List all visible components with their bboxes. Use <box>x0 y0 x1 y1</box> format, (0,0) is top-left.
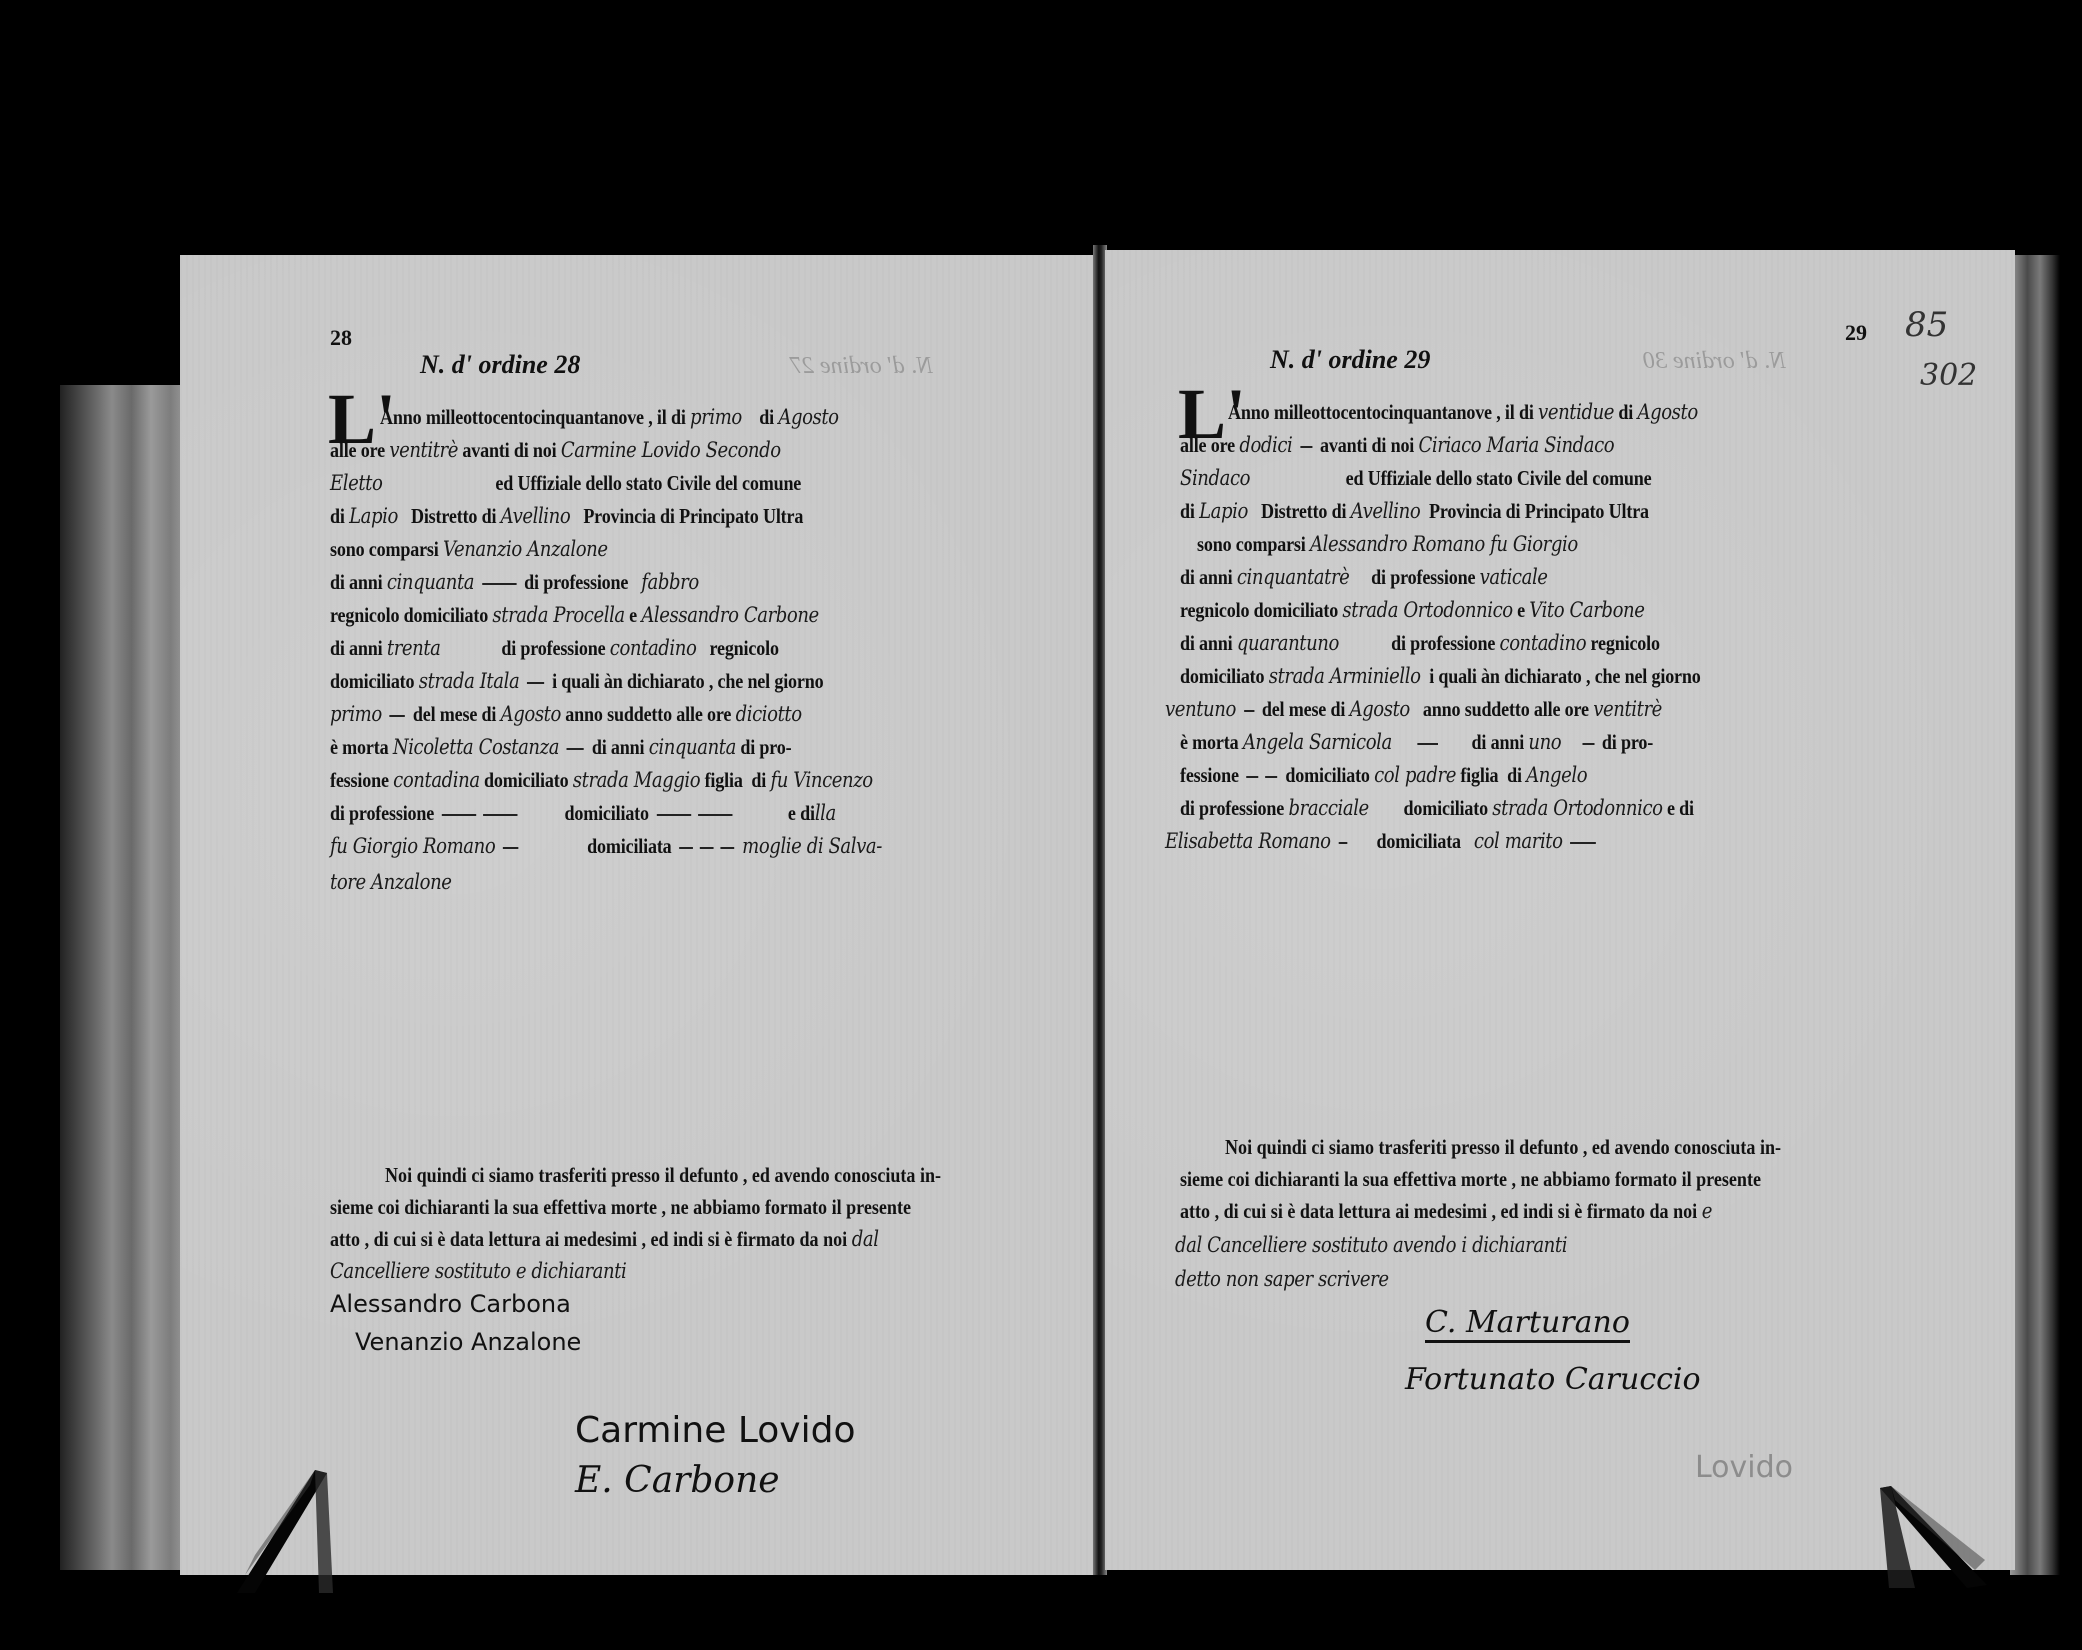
signature-chancellor-carbone: E. Carbone <box>575 1460 780 1501</box>
closing-line-1: Noi quindi ci siamo trasferiti presso il… <box>385 1163 941 1188</box>
closing-line-3: atto , di cui si è data lettura ai medes… <box>1180 1199 1712 1224</box>
record-line-1: Anno milleottocentocinquantanove , il di… <box>380 405 839 430</box>
record-line-13: di professione bracciale domiciliato str… <box>1180 796 1694 821</box>
margin-note-302: 302 <box>1920 358 1977 393</box>
bleed-through-ordine: N. d' ordine 27 <box>790 353 933 380</box>
handwritten-deceased: Nicoletta Costanza <box>393 735 559 759</box>
record-line-7: regnicolo domiciliato strada Procella e … <box>330 603 819 628</box>
closing-line-4: Cancelliere sostituto e dichiaranti <box>330 1259 626 1284</box>
record-line-12: fessione domiciliato col padre figlia di… <box>1180 763 1587 788</box>
closing-line-4: dal Cancelliere sostituto avendo i dichi… <box>1175 1233 1567 1258</box>
book-edge-left <box>60 385 190 1570</box>
left-page-weight-icon <box>215 1465 335 1595</box>
record-line-14: Elisabetta Romano domiciliata col marito <box>1165 829 1600 854</box>
record-line-3: Eletto ed Uffiziale dello stato Civile d… <box>330 471 801 496</box>
record-line-6: di anni cinquantatrè di professione vati… <box>1180 565 1548 590</box>
record-line-6: di anni cinquanta di professione fabbro <box>330 570 699 595</box>
record-line-3: Sindaco ed Uffiziale dello stato Civile … <box>1180 466 1651 491</box>
closing-line-2: sieme coi dichiaranti la sua effettiva m… <box>330 1195 911 1220</box>
record-line-4: di Lapio Distretto di Avellino Provincia… <box>1180 499 1649 524</box>
page-number: 28 <box>330 325 352 351</box>
record-line-5: sono comparsi Alessandro Romano fu Giorg… <box>1197 532 1578 557</box>
ordine-label: N. d' ordine 28 <box>420 350 580 380</box>
bleed-through-ordine: N. d' ordine 30 <box>1643 348 1786 375</box>
handwritten-officer: Ciriaco Maria Sindaco <box>1419 433 1615 457</box>
handwritten-declarant-1: Venanzio Anzalone <box>443 537 608 561</box>
handwritten-month: Agosto <box>778 405 838 429</box>
handwritten-officer: Carmine Lovido Secondo <box>561 438 781 462</box>
record-line-2: alle ore ventitrè avanti di noi Carmine … <box>330 438 781 463</box>
closing-line-3: atto , di cui si è data lettura ai medes… <box>330 1227 879 1252</box>
record-line-4: di Lapio Distretto di Avellino Provincia… <box>330 504 803 529</box>
handwritten-declarant-2: Alessandro Carbone <box>641 603 818 627</box>
record-line-9: domiciliato strada Arminiello i quali àn… <box>1180 664 1701 689</box>
record-line-14: fu Giorgio Romano domiciliata moglie di … <box>330 834 882 859</box>
record-line-2: alle ore dodici avanti di noi Ciriaco Ma… <box>1180 433 1614 458</box>
closing-line-2: sieme coi dichiaranti la sua effettiva m… <box>1180 1167 1761 1192</box>
book-edge-right <box>2010 255 2060 1575</box>
record-line-8: di anni trenta di professione contadino … <box>330 636 779 661</box>
right-page-weight-icon <box>1875 1480 1995 1590</box>
record-line-11: è morta Nicoletta Costanza di anni cinqu… <box>330 735 791 760</box>
record-line-15: tore Anzalone <box>330 870 452 895</box>
signature-caruccio: Fortunato Caruccio <box>1405 1362 1701 1397</box>
handwritten-declarant-2: Vito Carbone <box>1529 598 1644 622</box>
right-page: 29 85 302 N. d' ordine 29 N. d' ordine 3… <box>1105 250 2015 1570</box>
margin-note-85: 85 <box>1905 305 1948 345</box>
record-line-8: di anni quarantuno di professione contad… <box>1180 631 1660 656</box>
record-line-10: ventuno del mese di Agosto anno suddetto… <box>1165 697 1662 722</box>
record-line-12: fessione contadina domiciliato strada Ma… <box>330 768 873 793</box>
bleed-through-signature: Lovido <box>1695 1450 1793 1485</box>
record-line-10: primo del mese di Agosto anno suddetto a… <box>330 702 802 727</box>
closing-line-5: detto non saper scrivere <box>1175 1267 1389 1292</box>
record-line-5: sono comparsi Venanzio Anzalone <box>330 537 608 562</box>
record-line-13: di professione domiciliato e dilla <box>330 801 836 826</box>
page-number: 29 <box>1845 320 1867 346</box>
signature-marturano: C. Marturano <box>1425 1305 1630 1343</box>
left-page: 28 N. d' ordine 28 N. d' ordine 27 L' An… <box>180 255 1095 1575</box>
signature-declarant-carbone: Alessandro Carbona <box>330 1290 571 1318</box>
record-line-7: regnicolo domiciliato strada Ortodonnico… <box>1180 598 1644 623</box>
record-line-9: domiciliato strada Itala i quali àn dich… <box>330 669 823 694</box>
handwritten-deceased: Angela Sarnicola <box>1243 730 1392 754</box>
ordine-label: N. d' ordine 29 <box>1270 345 1430 375</box>
record-line-11: è morta Angela Sarnicola di anni uno di … <box>1180 730 1653 755</box>
signature-officer-lovido: Carmine Lovido <box>575 1410 855 1451</box>
handwritten-declarant-1: Alessandro Romano fu Giorgio <box>1310 532 1578 556</box>
record-line-1: Anno milleottocentocinquantanove , il di… <box>1228 400 1698 425</box>
closing-line-1: Noi quindi ci siamo trasferiti presso il… <box>1225 1135 1781 1160</box>
handwritten-day: primo <box>690 405 742 429</box>
signature-declarant-anzalone: Venanzio Anzalone <box>355 1328 581 1356</box>
